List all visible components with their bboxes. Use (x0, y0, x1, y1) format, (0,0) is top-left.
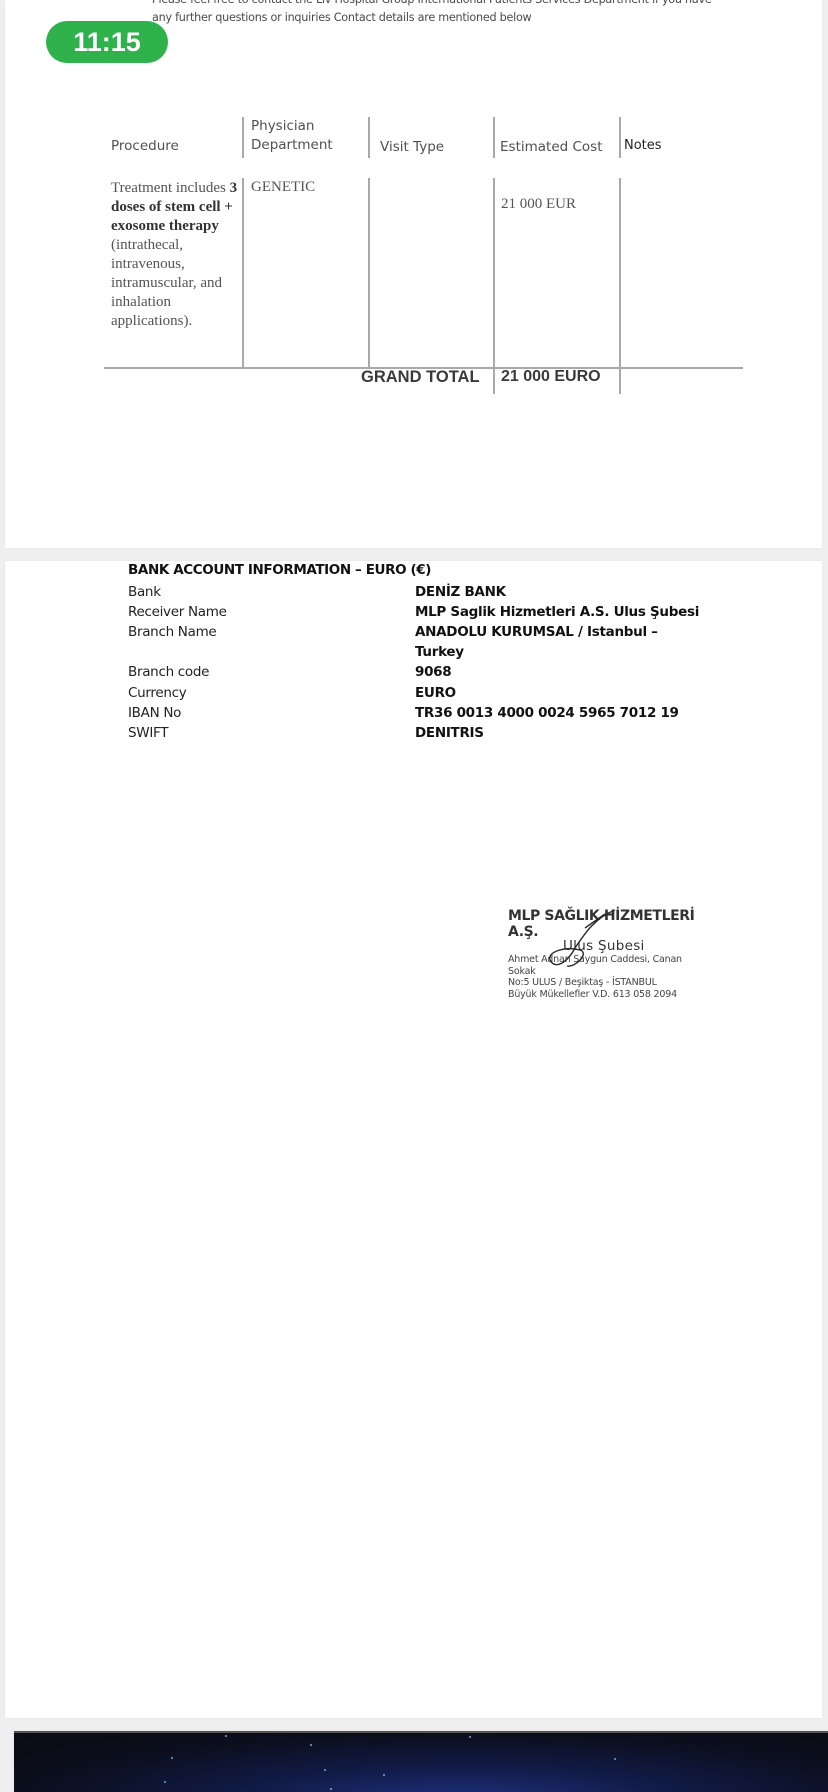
table-divider (619, 117, 621, 158)
header-physician-department: Physician Department (251, 117, 351, 155)
bank-label: Bank (128, 582, 161, 602)
iban-value[interactable]: TR36 0013 4000 0024 5965 7012 19 (415, 703, 715, 723)
estimated-cost-cell: 21 000 EUR (501, 195, 576, 214)
grand-total-label: GRAND TOTAL (361, 368, 480, 387)
currency-value: EURO (415, 683, 715, 703)
swift-value[interactable]: DENITRIS (415, 723, 715, 743)
stamp-title: MLP SAĞLIK HİZMETLERİ A.Ş. (508, 908, 708, 940)
stamp-subtitle: Ulus Şubesi (563, 938, 708, 954)
header-procedure: Procedure (111, 137, 179, 156)
stamp-address-line: No:5 ULUS / Beşiktaş - İSTANBUL (508, 977, 708, 989)
header-estimated-cost: Estimated Cost (500, 138, 603, 157)
procedure-text-tail: (intrathecal, intravenous, intramuscular… (111, 237, 222, 329)
department-cell: GENETIC (251, 178, 315, 197)
table-divider (368, 117, 370, 158)
stamp-tax-line: Büyük Mükellefler V.D. 613 058 2094 (508, 989, 708, 1001)
contact-intro-text: Please feel free to contact the Liv Hosp… (152, 0, 712, 27)
star-decoration (225, 1735, 227, 1737)
header-visit-type: Visit Type (380, 138, 444, 157)
company-stamp: MLP SAĞLIK HİZMETLERİ A.Ş. Ulus Şubesi A… (508, 908, 708, 1000)
table-divider (493, 117, 495, 158)
star-decoration (383, 1774, 385, 1776)
time-pill[interactable]: 11:15 (46, 21, 168, 63)
star-decoration (164, 1781, 166, 1783)
header-notes: Notes (624, 136, 662, 155)
star-decoration (614, 1758, 616, 1760)
table-divider (619, 178, 621, 394)
bank-row-branch-name: Branch Name ANADOLU KURUMSAL / Istanbul … (128, 622, 728, 662)
table-divider (493, 178, 495, 394)
branch-code-value: 9068 (415, 662, 715, 682)
document-page-1: Please feel free to contact the Liv Hosp… (5, 0, 822, 548)
branch-name-value: ANADOLU KURUMSAL / Istanbul – Turkey (415, 622, 665, 662)
branch-code-label: Branch code (128, 662, 209, 682)
table-divider (242, 178, 244, 368)
bank-info-title: BANK ACCOUNT INFORMATION – EURO (€) (128, 562, 431, 578)
document-page-3-image (14, 1731, 828, 1792)
receiver-name-label: Receiver Name (128, 602, 227, 622)
procedure-cell: Treatment includes 3 doses of stem cell … (111, 179, 239, 331)
swift-label: SWIFT (128, 723, 168, 743)
grand-total-value: 21 000 EURO (501, 368, 601, 386)
star-decoration (171, 1757, 173, 1759)
receiver-name-value: MLP Saglik Hizmetleri A.S. Ulus Şubesi (415, 602, 735, 622)
branch-name-label: Branch Name (128, 622, 216, 642)
bank-value: DENİZ BANK (415, 582, 715, 602)
table-divider (368, 178, 370, 368)
star-decoration (324, 1769, 326, 1771)
star-decoration (469, 1736, 471, 1738)
star-decoration (330, 1788, 332, 1790)
stamp-address-line: Ahmet Adnan Saygun Caddesi, Canan Sokak (508, 954, 708, 977)
iban-label: IBAN No (128, 703, 181, 723)
table-divider (242, 117, 244, 158)
star-decoration (310, 1744, 312, 1746)
currency-label: Currency (128, 683, 186, 703)
procedure-text: Treatment includes (111, 180, 230, 196)
